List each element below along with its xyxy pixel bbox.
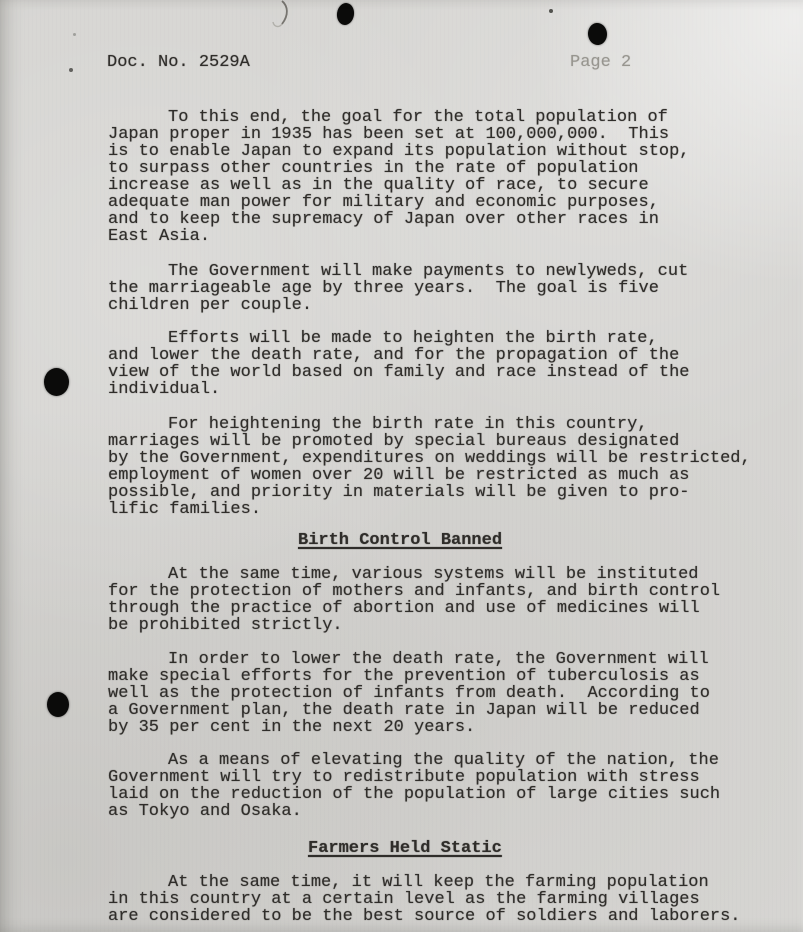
- paragraph-death-rate-reduction: In order to lower the death rate, the Go…: [108, 651, 798, 736]
- paragraph-farming-population: At the same time, it will keep the farmi…: [108, 874, 798, 925]
- doc-number: Doc. No. 2529A: [107, 54, 250, 71]
- punch-hole-left-lower-icon: [47, 692, 69, 717]
- punch-hole-left-upper-icon: [44, 368, 69, 396]
- paragraph-mother-infant-protection: At the same time, various systems will b…: [108, 566, 798, 634]
- page-number: Page 2: [570, 54, 631, 71]
- paragraph-newlywed-payments: The Government will make payments to new…: [108, 263, 798, 314]
- speck-before-doc-no-icon: [69, 68, 73, 72]
- speck-left-faint-icon: [73, 33, 76, 36]
- paragraph-population-goal: To this end, the goal for the total popu…: [108, 109, 798, 245]
- section-heading-farmers-held-static: Farmers Held Static: [308, 840, 502, 857]
- ink-dot-top-right-icon: [587, 22, 608, 46]
- paragraph-marriage-promotion: For heightening the birth rate in this c…: [108, 416, 798, 518]
- scanned-document-page: Doc. No. 2529A Page 2 To this end, the g…: [0, 0, 803, 932]
- section-heading-birth-control-banned: Birth Control Banned: [298, 532, 502, 549]
- paragraph-birth-rate-efforts: Efforts will be made to heighten the bir…: [108, 330, 798, 398]
- speck-top-center-icon: [549, 9, 553, 13]
- pen-mark-curve-icon: [268, 0, 298, 34]
- paragraph-population-redistribution: As a means of elevating the quality of t…: [108, 752, 798, 820]
- ink-dot-top-center-icon: [336, 2, 356, 26]
